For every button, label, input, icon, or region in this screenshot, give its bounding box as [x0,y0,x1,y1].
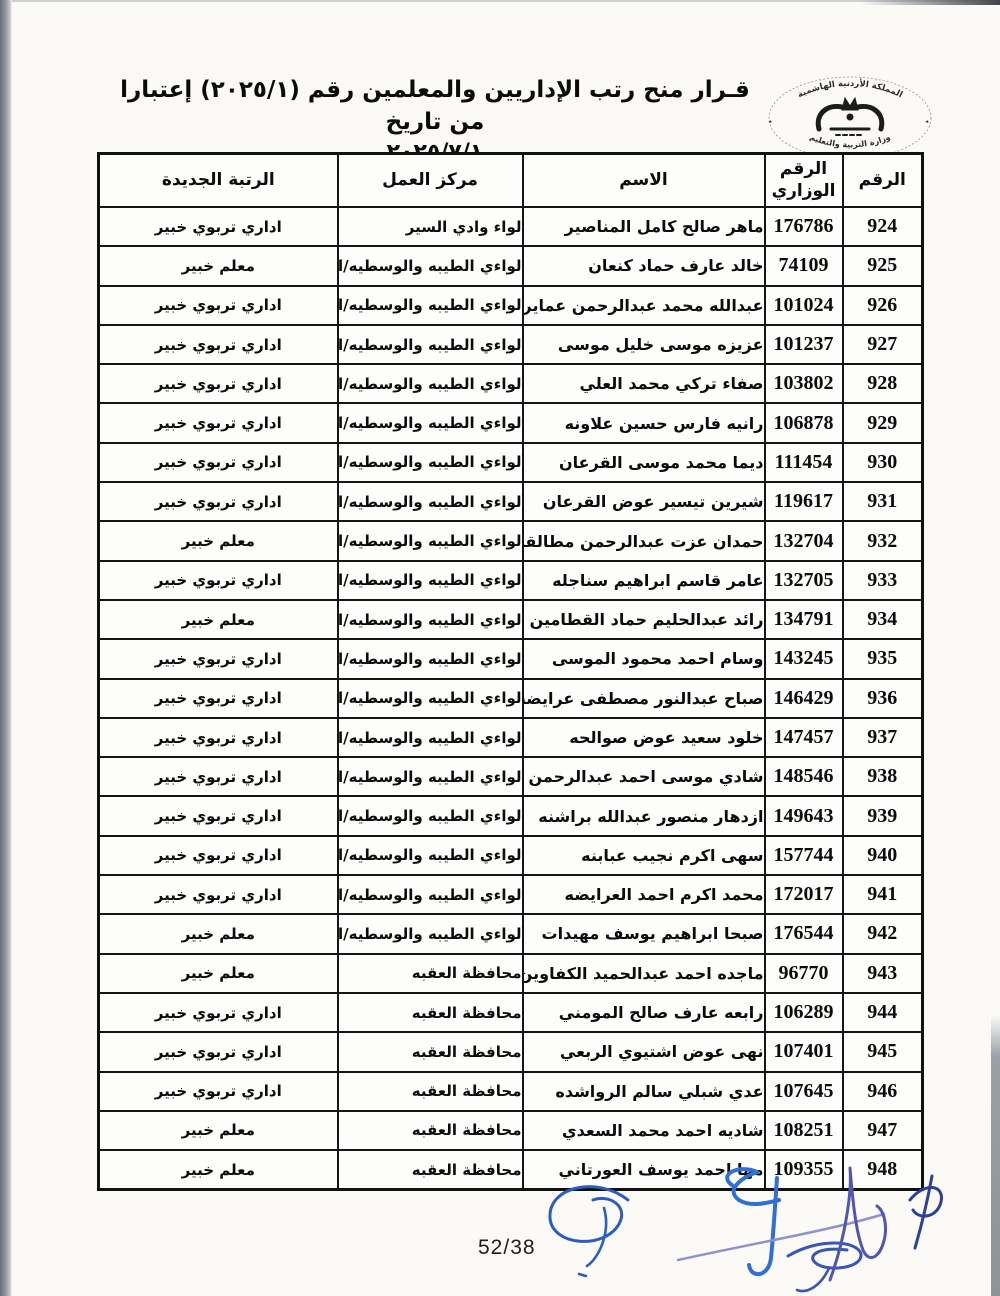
scan-edge-top-right [860,0,1000,5]
work-center-cell: لواءي الطيبه والوسطيه/اربد [338,875,523,914]
name-cell: وسام احمد محمود الموسى [523,639,765,678]
work-center-cell: لواءي الطيبه والوسطيه/اربد [338,836,523,875]
table-row: 945 107401 نهى عوض اشتيوي الربعي محافظة … [99,1032,923,1071]
ministry-number-cell: 96770 [765,954,843,993]
work-center-cell: لواءي الطيبه والوسطيه/اربد [338,914,523,953]
new-rank-cell: اداري تربوي خبير [99,796,338,835]
ministry-number-cell: 107401 [765,1032,843,1071]
title-line-1: قـرار منح رتب الإداريين والمعلمين رقم (٢… [105,74,765,138]
signature-stroke [910,1187,941,1216]
work-center-cell: لواءي الطيبه والوسطيه/اربد [338,521,523,560]
name-cell: مها احمد يوسف العورتاني [523,1150,765,1190]
ministry-number-cell: 119617 [765,482,843,521]
row-number-cell: 946 [843,1072,923,1111]
new-rank-cell: معلم خبير [99,1150,338,1190]
row-number-cell: 932 [843,521,923,560]
table-row: 947 108251 شاديه احمد محمد السعدي محافظة… [99,1111,923,1150]
work-center-cell: لواءي الطيبه والوسطيه/اربد [338,679,523,718]
ministry-number-cell: 146429 [765,679,843,718]
signature-stroke [550,1187,628,1242]
row-number-cell: 947 [843,1111,923,1150]
scan-edge-right-bottom [991,1015,1000,1296]
work-center-cell: لواءي الطيبه والوسطيه/اربد [338,561,523,600]
ministry-number-cell: 103802 [765,364,843,403]
work-center-cell: محافظة العقبه [338,1150,523,1190]
name-cell: صفاء تركي محمد العلي [523,364,765,403]
new-rank-cell: اداري تربوي خبير [99,482,338,521]
row-number-cell: 937 [843,718,923,757]
signature-stroke [788,1243,861,1268]
row-number-cell: 926 [843,286,923,325]
table-row: 932 132704 حمدان عزت عبدالرحمن مطالقه لو… [99,521,923,560]
row-number-cell: 931 [843,482,923,521]
work-center-cell: لواءي الطيبه والوسطيه/اربد [338,482,523,521]
new-rank-cell: معلم خبير [99,954,338,993]
ministry-number-cell: 157744 [765,836,843,875]
signature-stroke [797,1268,829,1291]
new-rank-cell: اداري تربوي خبير [99,1072,338,1111]
name-cell: خالد عارف حماد كنعان [523,246,765,285]
table-row: 930 111454 ديما محمد موسى القرعان لواءي … [99,443,923,482]
table-row: 938 148546 شادي موسى احمد عبدالرحمن لواء… [99,757,923,796]
name-cell: نهى عوض اشتيوي الربعي [523,1032,765,1071]
table-row: 936 146429 صباح عبدالنور مصطفى عرايضه لو… [99,679,923,718]
signature-stroke [579,1208,606,1276]
name-cell: خلود سعيد عوض صوالحه [523,718,765,757]
row-number-cell: 945 [843,1032,923,1071]
new-rank-cell: اداري تربوي خبير [99,875,338,914]
name-cell: ديما محمد موسى القرعان [523,443,765,482]
new-rank-cell: اداري تربوي خبير [99,718,338,757]
ministry-number-cell: 106289 [765,993,843,1032]
new-rank-cell: اداري تربوي خبير [99,325,338,364]
new-rank-cell: اداري تربوي خبير [99,993,338,1032]
col-header-name: الاسم [523,154,765,208]
work-center-cell: لواءي الطيبه والوسطيه/اربد [338,364,523,403]
ministry-number-cell: 134791 [765,600,843,639]
work-center-cell: لواءي الطيبه والوسطيه/اربد [338,718,523,757]
work-center-cell: لواءي الطيبه والوسطيه/اربد [338,325,523,364]
table-row: 929 106878 رانيه فارس حسين علاونه لواءي … [99,403,923,442]
scan-edge-left [0,0,12,1296]
new-rank-cell: اداري تربوي خبير [99,1032,338,1071]
new-rank-cell: اداري تربوي خبير [99,679,338,718]
new-rank-cell: معلم خبير [99,600,338,639]
row-number-cell: 928 [843,364,923,403]
table-row: 946 107645 عدي شبلي سالم الرواشده محافظة… [99,1072,923,1111]
row-number-cell: 933 [843,561,923,600]
ministry-number-cell: 101024 [765,286,843,325]
ministry-number-cell: 143245 [765,639,843,678]
row-number-cell: 924 [843,207,923,246]
row-number-cell: 939 [843,796,923,835]
row-number-cell: 942 [843,914,923,953]
signature-stroke [749,1178,777,1274]
ministry-number-cell: 132704 [765,521,843,560]
row-number-cell: 944 [843,993,923,1032]
table-row: 940 157744 سهى اكرم نجيب عبابنه لواءي ال… [99,836,923,875]
ministry-seal-icon: المملكة الأردنية الهاشمية وزارة التربية … [765,72,935,164]
row-number-cell: 934 [843,600,923,639]
row-number-cell: 935 [843,639,923,678]
ministry-number-cell: 109355 [765,1150,843,1190]
name-cell: عبدالله محمد عبدالرحمن عمايره [523,286,765,325]
table-row: 926 101024 عبدالله محمد عبدالرحمن عمايره… [99,286,923,325]
work-center-cell: لواءي الطيبه والوسطيه/اربد [338,246,523,285]
table-row: 933 132705 عامر قاسم ابراهيم سناجله لواء… [99,561,923,600]
ministry-number-cell: 106878 [765,403,843,442]
name-cell: ماجده احمد عبدالحميد الكفاوين [523,954,765,993]
name-cell: رابعه عارف صالح المومني [523,993,765,1032]
name-cell: ماهر صالح كامل المناصير [523,207,765,246]
ministry-number-cell: 148546 [765,757,843,796]
ministry-number-cell: 132705 [765,561,843,600]
seal-star-right-icon: ٭ [925,117,930,126]
row-number-cell: 938 [843,757,923,796]
col-header-new-rank: الرتبة الجديدة [99,154,338,208]
name-cell: ازدهار منصور عبدالله براشنه [523,796,765,835]
name-cell: صباح عبدالنور مصطفى عرايضه [523,679,765,718]
table-row: 935 143245 وسام احمد محمود الموسى لواءي … [99,639,923,678]
new-rank-cell: اداري تربوي خبير [99,836,338,875]
row-number-cell: 927 [843,325,923,364]
ministry-number-cell: 172017 [765,875,843,914]
new-rank-cell: اداري تربوي خبير [99,757,338,796]
table-row: 939 149643 ازدهار منصور عبدالله براشنه ل… [99,796,923,835]
new-rank-cell: معلم خبير [99,521,338,560]
new-rank-cell: اداري تربوي خبير [99,364,338,403]
row-number-cell: 940 [843,836,923,875]
row-number-cell: 948 [843,1150,923,1190]
name-cell: عزيزه موسى خليل موسى [523,325,765,364]
work-center-cell: محافظة العقبه [338,1111,523,1150]
new-rank-cell: معلم خبير [99,914,338,953]
table-row: 934 134791 رائد عبدالحليم حماد القطامين … [99,600,923,639]
work-center-cell: لواءي الطيبه والوسطيه/اربد [338,286,523,325]
table-row: 937 147457 خلود سعيد عوض صوالحه لواءي ال… [99,718,923,757]
name-cell: رائد عبدالحليم حماد القطامين [523,600,765,639]
work-center-cell: لواءي الطيبه والوسطيه/اربد [338,639,523,678]
table-row: 948 109355 مها احمد يوسف العورتاني محافظ… [99,1150,923,1190]
name-cell: عدي شبلي سالم الرواشده [523,1072,765,1111]
table-row: 943 96770 ماجده احمد عبدالحميد الكفاوين … [99,954,923,993]
work-center-cell: لواءي الطيبه والوسطيه/اربد [338,403,523,442]
table-row: 944 106289 رابعه عارف صالح المومني محافظ… [99,993,923,1032]
work-center-cell: لواءي الطيبه والوسطيه/اربد [338,443,523,482]
new-rank-cell: اداري تربوي خبير [99,403,338,442]
name-cell: عامر قاسم ابراهيم سناجله [523,561,765,600]
col-header-ministry-number: الرقم الوزاري [765,154,843,208]
ministry-number-cell: 147457 [765,718,843,757]
work-center-cell: محافظة العقبه [338,954,523,993]
ministry-number-cell: 176544 [765,914,843,953]
name-cell: شيرين تيسير عوض القرعان [523,482,765,521]
row-number-cell: 925 [843,246,923,285]
new-rank-cell: اداري تربوي خبير [99,561,338,600]
work-center-cell: محافظة العقبه [338,1032,523,1071]
new-rank-cell: معلم خبير [99,246,338,285]
ministry-number-cell: 101237 [765,325,843,364]
row-number-cell: 930 [843,443,923,482]
work-center-cell: محافظة العقبه [338,1072,523,1111]
work-center-cell: محافظة العقبه [338,993,523,1032]
page-number: 52/38 [478,1236,558,1260]
ministry-number-cell: 108251 [765,1111,843,1150]
new-rank-cell: اداري تربوي خبير [99,639,338,678]
col-header-number: الرقم [843,154,923,208]
col-header-work-center: مركز العمل [338,154,523,208]
scanned-document-page: المملكة الأردنية الهاشمية وزارة التربية … [0,0,1000,1296]
row-number-cell: 943 [843,954,923,993]
name-cell: حمدان عزت عبدالرحمن مطالقه [523,521,765,560]
table-header-row: الرقم الرقم الوزاري الاسم مركز العمل الر… [99,154,923,208]
new-rank-cell: اداري تربوي خبير [99,286,338,325]
new-rank-cell: معلم خبير [99,1111,338,1150]
row-number-cell: 941 [843,875,923,914]
ranks-table: الرقم الرقم الوزاري الاسم مركز العمل الر… [97,152,924,1191]
ministry-number-cell: 74109 [765,246,843,285]
work-center-cell: لواءي الطيبه والوسطيه/اربد [338,600,523,639]
ministry-number-cell: 111454 [765,443,843,482]
name-cell: صبحا ابراهيم يوسف مهيدات [523,914,765,953]
name-cell: محمد اكرم احمد العرايضه [523,875,765,914]
work-center-cell: لواءي الطيبه والوسطيه/اربد [338,796,523,835]
crown-emblem-icon [818,98,882,135]
table-row: 942 176544 صبحا ابراهيم يوسف مهيدات لواء… [99,914,923,953]
table-row: 931 119617 شيرين تيسير عوض القرعان لواءي… [99,482,923,521]
signature-stroke [678,1214,884,1260]
new-rank-cell: اداري تربوي خبير [99,443,338,482]
ministry-number-cell: 176786 [765,207,843,246]
table-row: 924 176786 ماهر صالح كامل المناصير لواء … [99,207,923,246]
work-center-cell: لواء وادي السير [338,207,523,246]
table-row: 928 103802 صفاء تركي محمد العلي لواءي ال… [99,364,923,403]
scan-edge-top [12,0,1000,2]
name-cell: شاديه احمد محمد السعدي [523,1111,765,1150]
row-number-cell: 936 [843,679,923,718]
work-center-cell: لواءي الطيبه والوسطيه/اربد [338,757,523,796]
name-cell: رانيه فارس حسين علاونه [523,403,765,442]
table-row: 941 172017 محمد اكرم احمد العرايضه لواءي… [99,875,923,914]
ministry-number-cell: 149643 [765,796,843,835]
name-cell: شادي موسى احمد عبدالرحمن [523,757,765,796]
ministry-number-cell: 107645 [765,1072,843,1111]
table-row: 927 101237 عزيزه موسى خليل موسى لواءي ال… [99,325,923,364]
name-cell: سهى اكرم نجيب عبابنه [523,836,765,875]
row-number-cell: 929 [843,403,923,442]
new-rank-cell: اداري تربوي خبير [99,207,338,246]
seal-star-left-icon: ٭ [768,117,773,126]
table-row: 925 74109 خالد عارف حماد كنعان لواءي الط… [99,246,923,285]
